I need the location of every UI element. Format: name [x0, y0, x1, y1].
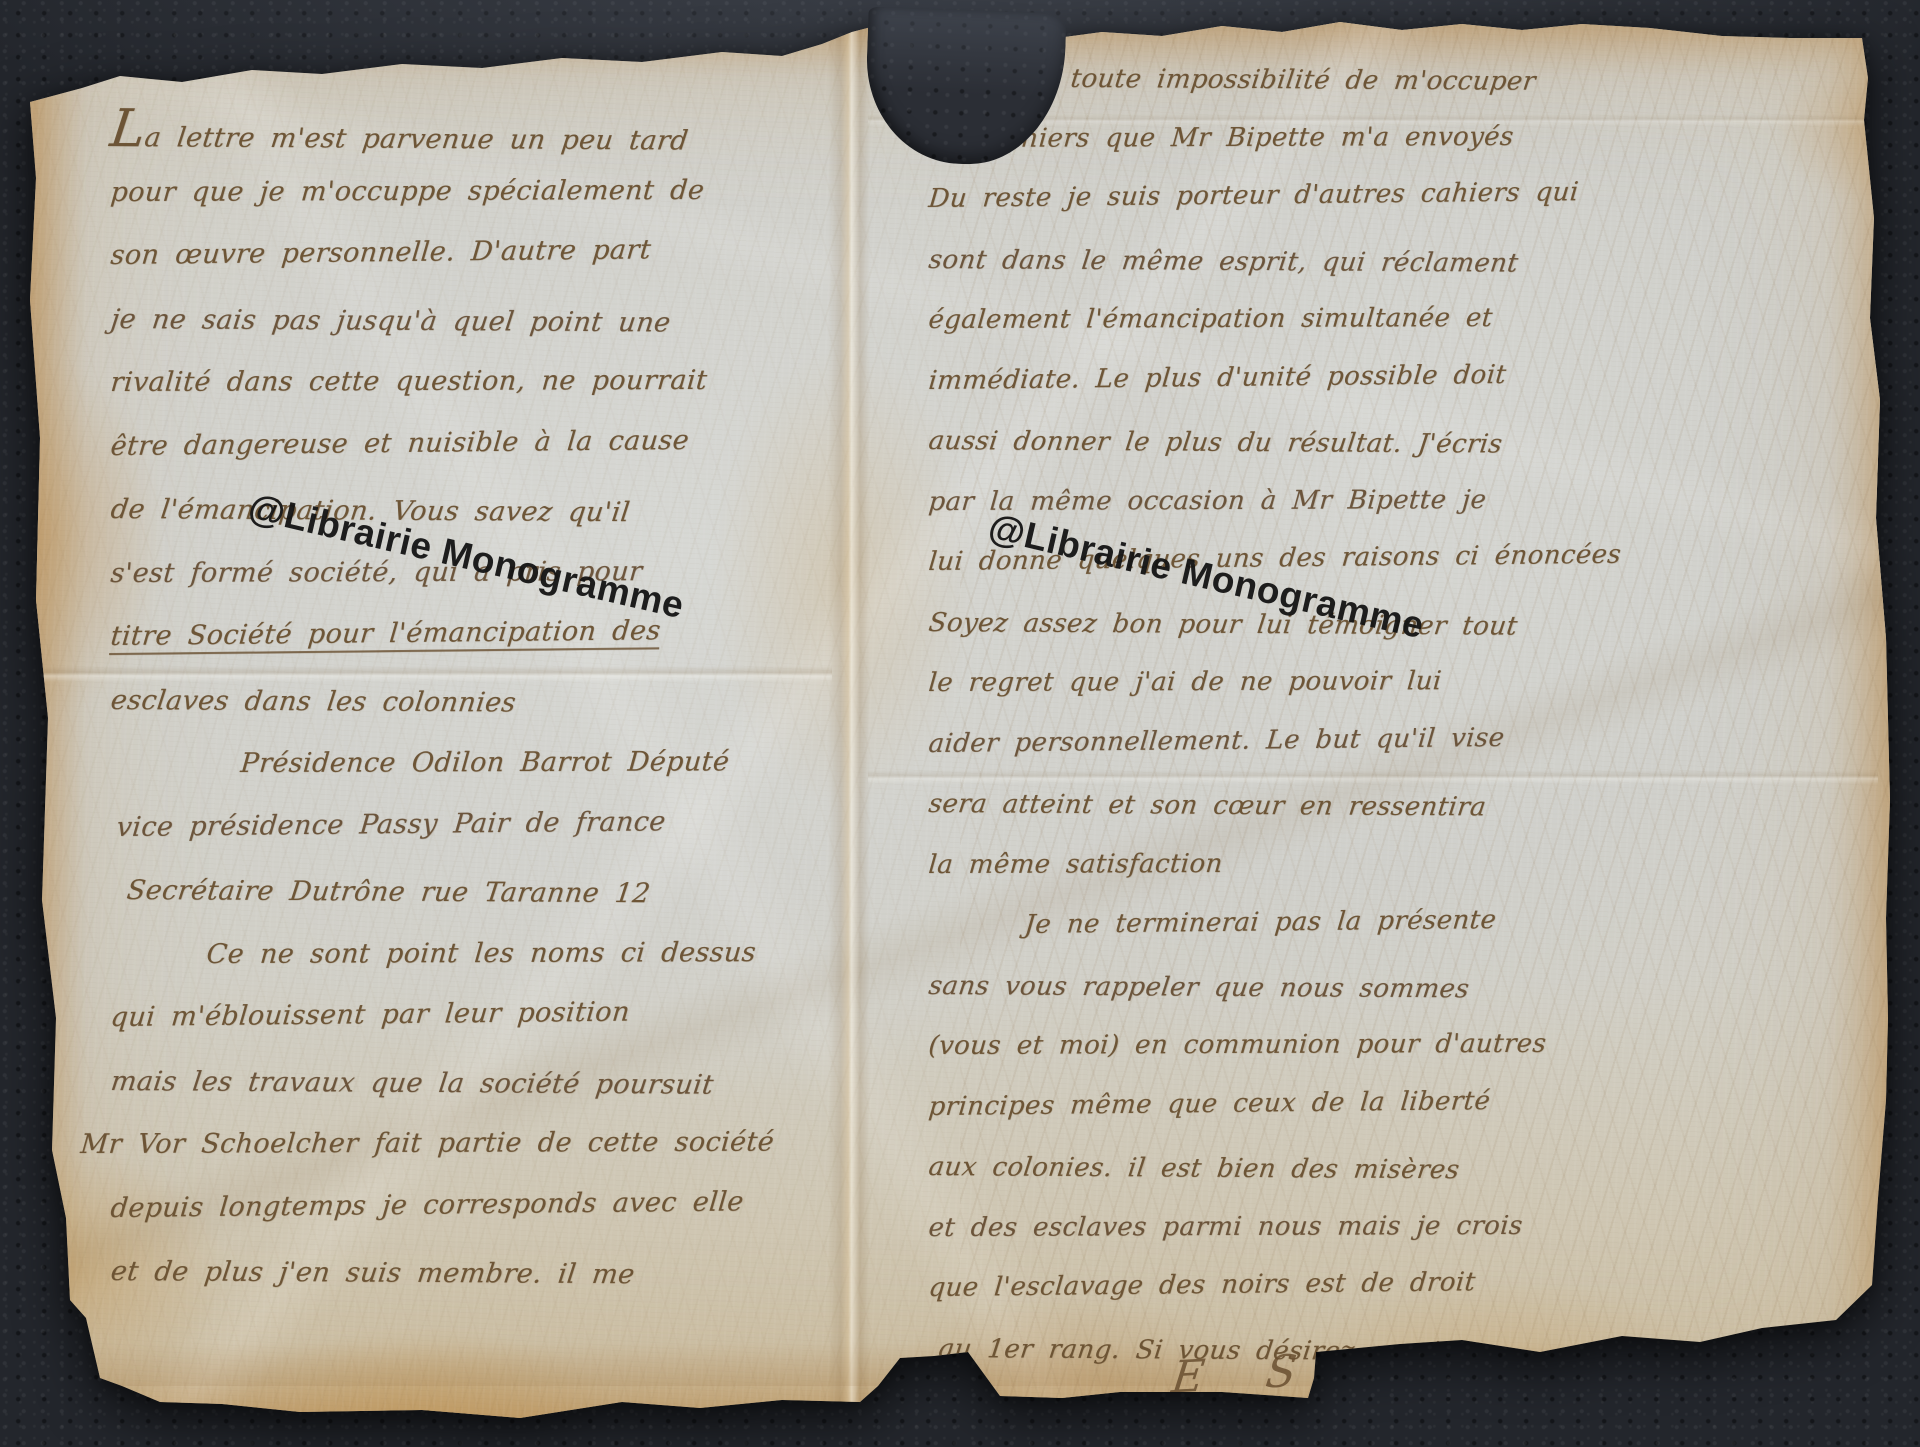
manuscript-line: sera atteint et son cœur en ressentira — [924, 780, 1616, 845]
manuscript-line: La lettre m'est parvenue un peu tard — [106, 104, 826, 172]
manuscript-line: aux colonies. il est bien des misères — [924, 1143, 1616, 1208]
manuscript-line: aider personnellement. Le but qu'il vise — [925, 712, 1615, 780]
manuscript-line: depuis longtemps je corresponds avec ell… — [107, 1176, 825, 1247]
manuscript-line: principes même que ceux de la liberté — [925, 1075, 1615, 1143]
left-page-text: La lettre m'est parvenue un peu tardpour… — [110, 104, 822, 1311]
manuscript-line: Secrétaire Dutrône rue Taranne 12 — [122, 866, 826, 934]
manuscript-line: que l'esclavage des noirs est de droit — [925, 1257, 1615, 1325]
letter-sheet: La lettre m'est parvenue un peu tardpour… — [22, 18, 1898, 1430]
manuscript-line: son œuvre personnelle. D'autre part — [107, 224, 825, 295]
manuscript-line: Je ne terminerai pas la présente — [1021, 895, 1615, 962]
manuscript-line: également l'émancipation simultanée et — [925, 294, 1614, 357]
manuscript-line: mais les travaux que la société poursuit — [106, 1057, 826, 1125]
manuscript-line: vice présidence Passy Pair de france — [113, 795, 825, 866]
manuscript-line: et de plus j'en suis membre. il me — [106, 1247, 826, 1315]
manuscript-line: qui m'éblouissent par leur position — [107, 986, 825, 1057]
manuscript-line: et des esclaves parmi nous mais je crois — [925, 1201, 1614, 1264]
manuscript-line: Ce ne sont point les noms ci dessus — [203, 927, 824, 993]
leather-background: La lettre m'est parvenue un peu tardpour… — [0, 0, 1920, 1447]
manuscript-line: être dangereuse et nuisible à la cause — [107, 414, 825, 485]
manuscript-line: Du reste je suis porteur d'autres cahier… — [925, 168, 1615, 236]
manuscript-line: (vous et moi) en communion pour d'autres — [925, 1020, 1614, 1083]
manuscript-line: la même satisfaction — [925, 838, 1614, 901]
manuscript-line: aussi donner le plus du résultat. J'écri… — [924, 417, 1616, 482]
manuscript-line: je ne sais pas jusqu'à quel point une — [106, 295, 826, 363]
manuscript-line: esclaves dans les colonnies — [106, 676, 826, 744]
manuscript-line: le regret que j'ai de ne pouvoir lui — [925, 657, 1614, 720]
manuscript-line: sont dans le même esprit, qui réclament — [924, 236, 1616, 301]
manuscript-line: Présidence Odilon Barrot Député — [237, 737, 824, 803]
manuscript-line: Mr Vor Schoelcher fait partie de cette s… — [77, 1117, 824, 1183]
manuscript-line: titre Société pour l'émancipation des — [107, 605, 825, 676]
manuscript-line: rivalité dans cette question, ne pourrai… — [107, 356, 824, 422]
manuscript-line: sans vous rappeler que nous sommes — [924, 962, 1616, 1027]
letter-sheet-shadow: La lettre m'est parvenue un peu tardpour… — [0, 0, 1920, 1447]
manuscript-line: pour que je m'occuppe spécialement de — [107, 165, 824, 231]
center-fold-crease — [828, 28, 870, 1418]
manuscript-line: immédiate. Le plus d'unité possible doit — [925, 349, 1615, 417]
right-page-text: serait de toute impossibilité de m'occup… — [928, 54, 1612, 1385]
